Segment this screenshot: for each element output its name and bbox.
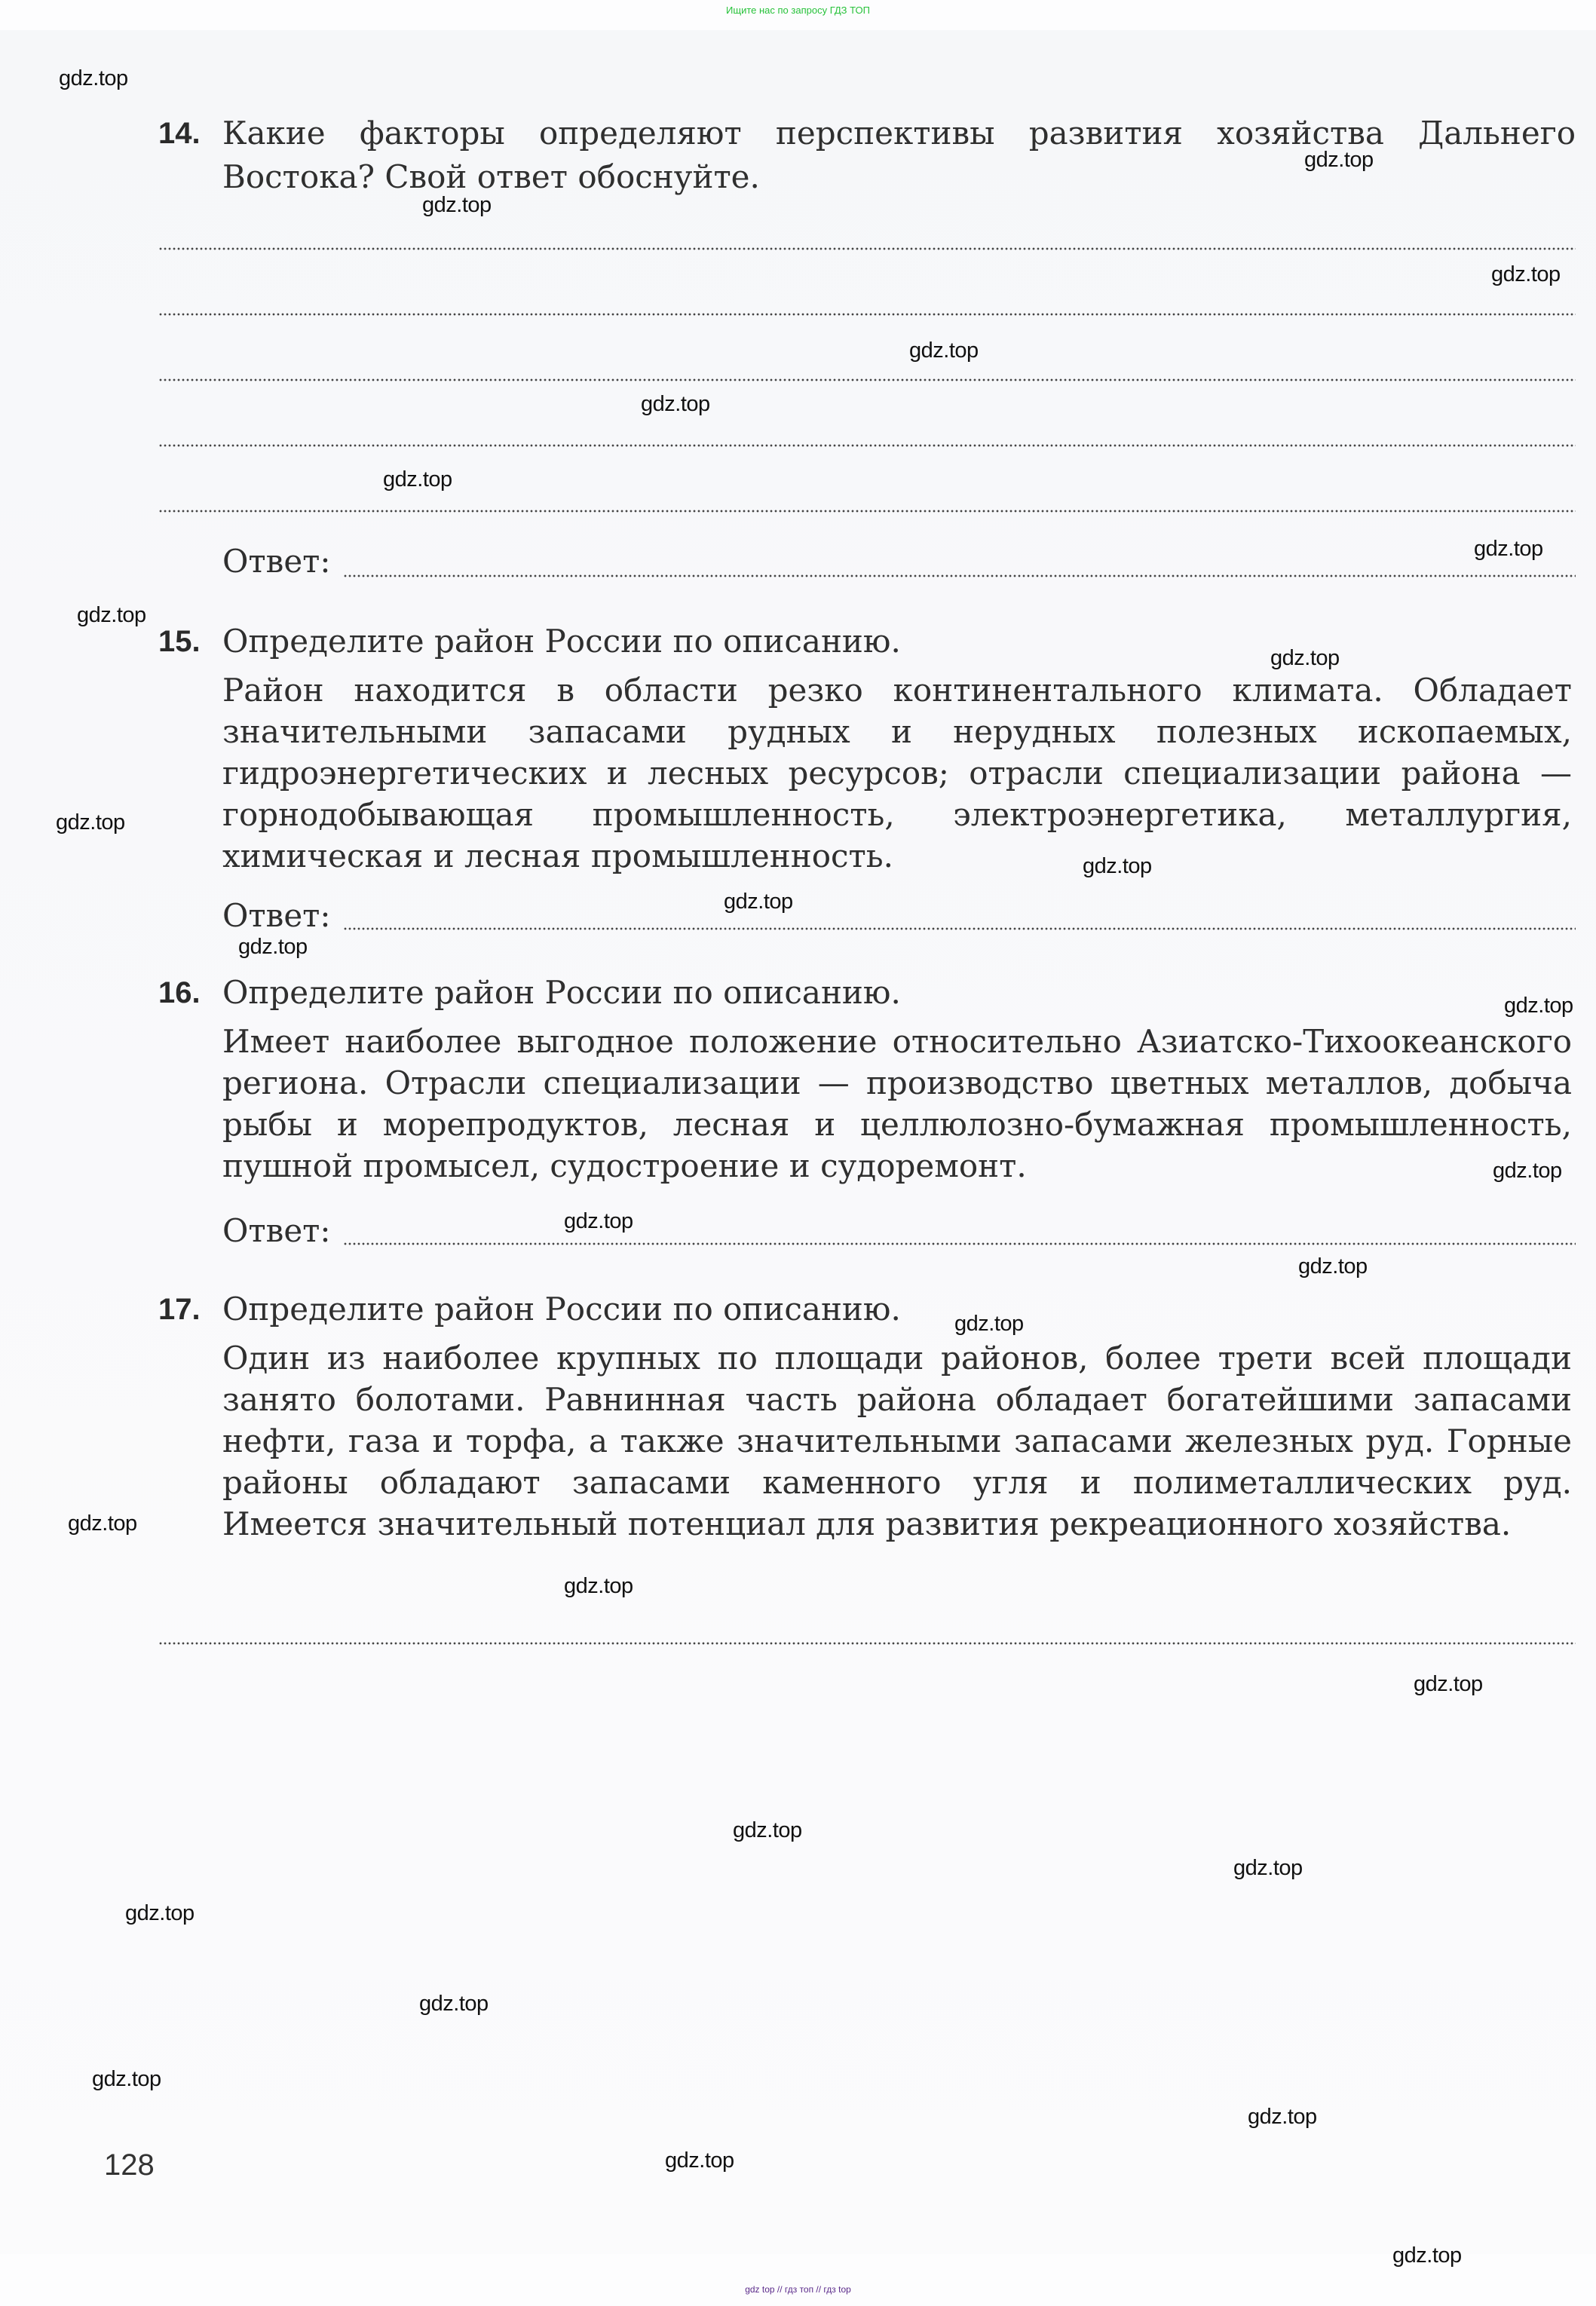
watermark: gdz.top	[125, 1901, 195, 1926]
watermark: gdz.top	[665, 2148, 734, 2173]
watermark: gdz.top	[383, 467, 452, 492]
task-question: Определите район России по описанию.	[222, 620, 1576, 663]
task-number: 16.	[158, 971, 222, 1015]
task-number: 17.	[158, 1288, 222, 1331]
answer-line[interactable]	[158, 313, 1576, 316]
answer-row: Ответ:	[222, 543, 331, 580]
watermark: gdz.top	[1392, 2243, 1462, 2268]
task-question: Определите район России по описанию.	[222, 971, 1576, 1015]
task-description: Один из наиболее крупных по площади райо…	[222, 1337, 1572, 1545]
watermark: gdz.top	[564, 1574, 633, 1599]
watermark: gdz.top	[56, 810, 125, 835]
task-number: 15.	[158, 620, 222, 663]
watermark: gdz.top	[1493, 1159, 1562, 1184]
watermark: gdz.top	[1248, 2105, 1317, 2130]
watermark: gdz.top	[1414, 1672, 1483, 1697]
watermark: gdz.top	[68, 1511, 137, 1536]
answer-line[interactable]	[158, 1642, 1576, 1645]
answer-field[interactable]	[343, 1242, 1576, 1245]
watermark: gdz.top	[59, 66, 128, 91]
answer-line[interactable]	[158, 378, 1576, 381]
watermark: gdz.top	[77, 603, 146, 628]
task-16: 16. Определите район России по описанию.…	[158, 971, 1576, 1187]
watermark: gdz.top	[1504, 994, 1573, 1018]
task-question: Определите район России по описанию.	[222, 1288, 1576, 1331]
watermark: gdz.top	[954, 1312, 1024, 1337]
watermark: gdz.top	[564, 1209, 633, 1234]
answer-line[interactable]	[158, 510, 1576, 513]
watermark: gdz.top	[1474, 537, 1543, 562]
bottom-banner: gdz top // гдз топ // гдз top	[0, 2284, 1596, 2295]
task-description: Имеет наиболее выгодное положение относи…	[222, 1021, 1572, 1187]
task-17: 17. Определите район России по описанию.…	[158, 1288, 1576, 1545]
answer-line[interactable]	[158, 444, 1576, 447]
watermark: gdz.top	[92, 2067, 161, 2092]
task-description: Район находится в области резко континен…	[222, 669, 1572, 877]
watermark: gdz.top	[724, 890, 793, 914]
watermark: gdz.top	[1233, 1856, 1303, 1881]
answer-field[interactable]	[343, 574, 1576, 577]
watermark: gdz.top	[909, 338, 979, 363]
watermark: gdz.top	[1083, 854, 1152, 879]
top-banner: Ищите нас по запросу ГДЗ ТОП	[0, 5, 1596, 16]
answer-field[interactable]	[343, 927, 1576, 930]
answer-label: Ответ:	[222, 897, 331, 935]
page-number: 128	[104, 2148, 155, 2182]
watermark: gdz.top	[422, 193, 492, 218]
answer-line[interactable]	[158, 247, 1576, 250]
watermark: gdz.top	[1304, 148, 1374, 173]
watermark: gdz.top	[419, 1992, 489, 2017]
watermark: gdz.top	[238, 935, 308, 960]
watermark: gdz.top	[1270, 646, 1340, 671]
answer-row: Ответ:	[222, 1212, 331, 1250]
answer-label: Ответ:	[222, 543, 331, 580]
answer-label: Ответ:	[222, 1212, 331, 1250]
watermark: gdz.top	[641, 392, 710, 417]
task-number: 14.	[158, 112, 222, 199]
answer-row: Ответ:	[222, 897, 331, 935]
watermark: gdz.top	[733, 1818, 802, 1843]
task-15: 15. Определите район России по описанию.…	[158, 620, 1576, 877]
watermark: gdz.top	[1298, 1254, 1368, 1279]
watermark: gdz.top	[1491, 262, 1561, 287]
